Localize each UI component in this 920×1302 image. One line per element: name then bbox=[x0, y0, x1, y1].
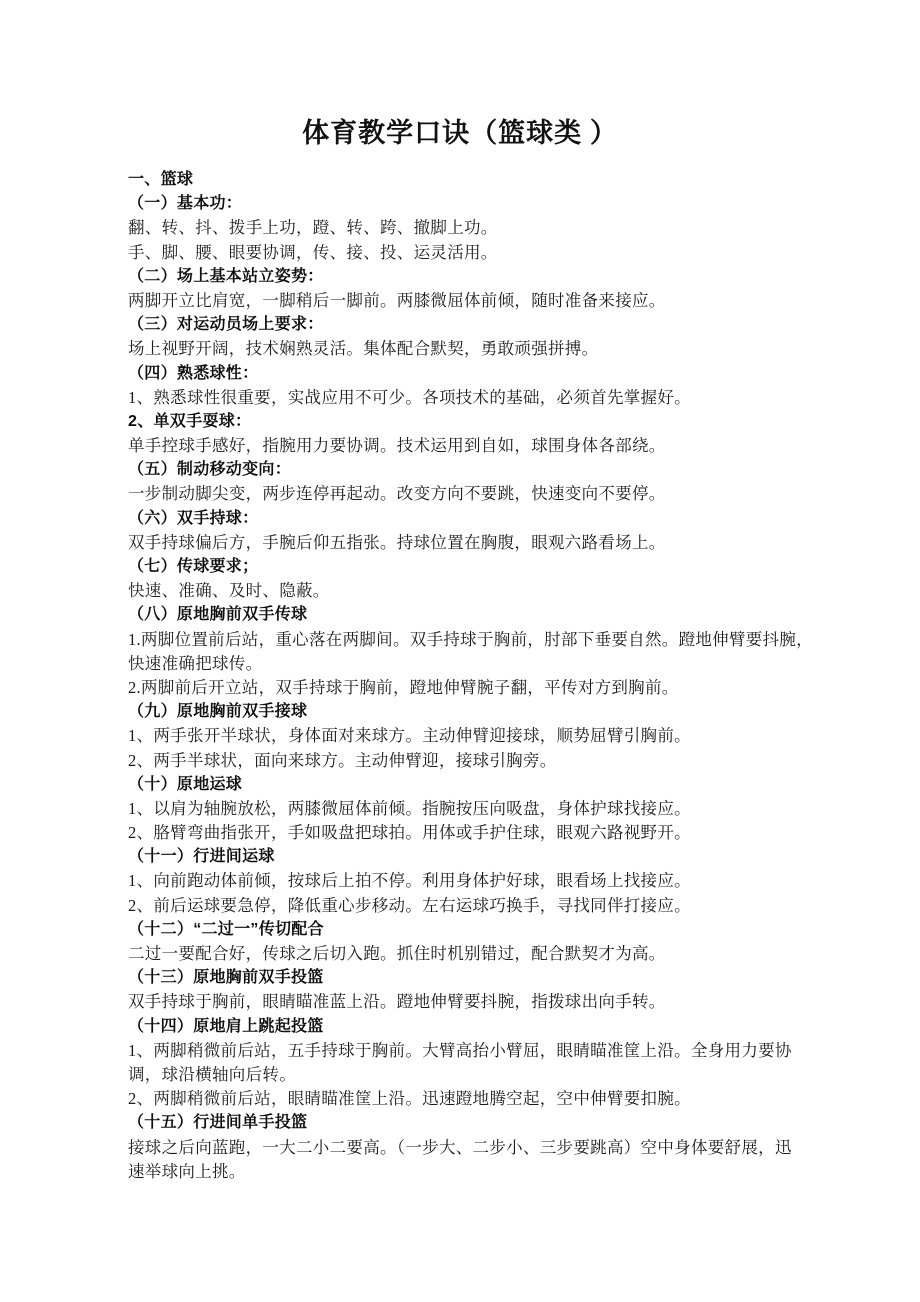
section-heading: （五）制动移动变向： bbox=[128, 458, 808, 482]
text-line: 翻、转、抖、拨手上功，蹬、转、跨、撤脚上功。 bbox=[128, 216, 808, 240]
section-heading: （十三）原地胸前双手投篮 bbox=[128, 966, 808, 990]
section-heading: （九）原地胸前双手接球 bbox=[128, 700, 808, 724]
text-line: 接球之后向蓝跑，一大二小二要高。（一步大、二步小、三步要跳高）空中身体要舒展，迅 bbox=[128, 1136, 808, 1160]
section-heading: 2、单双手耍球： bbox=[128, 410, 808, 434]
text-line: 2、胳臂弯曲指张开，手如吸盘把球拍。用体或手护住球，眼观六路视野开。 bbox=[128, 821, 808, 845]
section-heading: （十一）行进间运球 bbox=[128, 845, 808, 869]
text-line: 1、向前跑动体前倾，按球后上拍不停。利用身体护好球，眼看场上找接应。 bbox=[128, 869, 808, 893]
text-line: 双手持球偏后方，手腕后仰五指张。持球位置在胸腹，眼观六路看场上。 bbox=[128, 531, 808, 555]
text-line: 2、两脚稍微前后站，眼睛瞄准筐上沿。迅速蹬地腾空起，空中伸臂要扣腕。 bbox=[128, 1087, 808, 1111]
section-heading: （三）对运动员场上要求： bbox=[128, 313, 808, 337]
section-heading: （十四）原地肩上跳起投篮 bbox=[128, 1015, 808, 1039]
section-heading: （十）原地运球 bbox=[128, 773, 808, 797]
section-heading: （十二）“二过一”传切配合 bbox=[128, 918, 808, 942]
text-line: 双手持球于胸前，眼睛瞄准蓝上沿。蹬地伸臂要抖腕，指拨球出向手转。 bbox=[128, 990, 808, 1014]
document-content: 一、篮球 （一）基本功： 翻、转、抖、拨手上功，蹬、转、跨、撤脚上功。 手、脚、… bbox=[128, 168, 808, 1184]
text-line: 场上视野开阔，技术娴熟灵活。集体配合默契，勇敢顽强拼搏。 bbox=[128, 337, 808, 361]
document-title: 体育教学口诀（篮球类 ） bbox=[0, 111, 920, 150]
section-heading: （六）双手持球： bbox=[128, 507, 808, 531]
section-heading: （十五）行进间单手投篮 bbox=[128, 1111, 808, 1135]
section-heading: （二）场上基本站立姿势： bbox=[128, 265, 808, 289]
document-page: 体育教学口诀（篮球类 ） 一、篮球 （一）基本功： 翻、转、抖、拨手上功，蹬、转… bbox=[0, 0, 920, 1302]
section-heading: （七）传球要求； bbox=[128, 555, 808, 579]
text-line: 1、两脚稍微前后站，五手持球于胸前。大臂高抬小臂屈，眼睛瞄准筐上沿。全身用力要协 bbox=[128, 1039, 808, 1063]
text-line: 手、脚、腰、眼要协调，传、接、投、运灵活用。 bbox=[128, 241, 808, 265]
text-line: 1、以肩为轴腕放松，两膝微屈体前倾。指腕按压向吸盘，身体护球找接应。 bbox=[128, 797, 808, 821]
section-heading: 一、篮球 bbox=[128, 168, 808, 192]
section-heading: （八）原地胸前双手传球 bbox=[128, 603, 808, 627]
text-line: 一步制动脚尖变，两步连停再起动。改变方向不要跳，快速变向不要停。 bbox=[128, 482, 808, 506]
text-line: 2.两脚前后开立站，双手持球于胸前，蹬地伸臂腕子翻，平传对方到胸前。 bbox=[128, 676, 808, 700]
text-line: 单手控球手感好，指腕用力要协调。技术运用到自如，球围身体各部绕。 bbox=[128, 434, 808, 458]
section-heading: （一）基本功： bbox=[128, 192, 808, 216]
text-line: 快速准确把球传。 bbox=[128, 652, 808, 676]
text-line: 两脚开立比肩宽，一脚稍后一脚前。两膝微屈体前倾，随时准备来接应。 bbox=[128, 289, 808, 313]
text-line: 调，球沿横轴向后转。 bbox=[128, 1063, 808, 1087]
text-line: 2、两手半球状，面向来球方。主动伸臂迎，接球引胸旁。 bbox=[128, 749, 808, 773]
text-line: 1.两脚位置前后站，重心落在两脚间。双手持球于胸前，肘部下垂要自然。蹬地伸臂要抖… bbox=[128, 628, 808, 652]
text-line: 快速、准确、及时、隐蔽。 bbox=[128, 579, 808, 603]
text-line: 速举球向上挑。 bbox=[128, 1160, 808, 1184]
text-line: 二过一要配合好，传球之后切入跑。抓住时机别错过，配合默契才为高。 bbox=[128, 942, 808, 966]
text-line: 2、前后运球要急停，降低重心步移动。左右运球巧换手，寻找同伴打接应。 bbox=[128, 894, 808, 918]
text-line: 1、熟悉球性很重要，实战应用不可少。各项技术的基础，必须首先掌握好。 bbox=[128, 386, 808, 410]
text-line: 1、两手张开半球状，身体面对来球方。主动伸臂迎接球，顺势屈臂引胸前。 bbox=[128, 724, 808, 748]
section-heading: （四）熟悉球性： bbox=[128, 362, 808, 386]
